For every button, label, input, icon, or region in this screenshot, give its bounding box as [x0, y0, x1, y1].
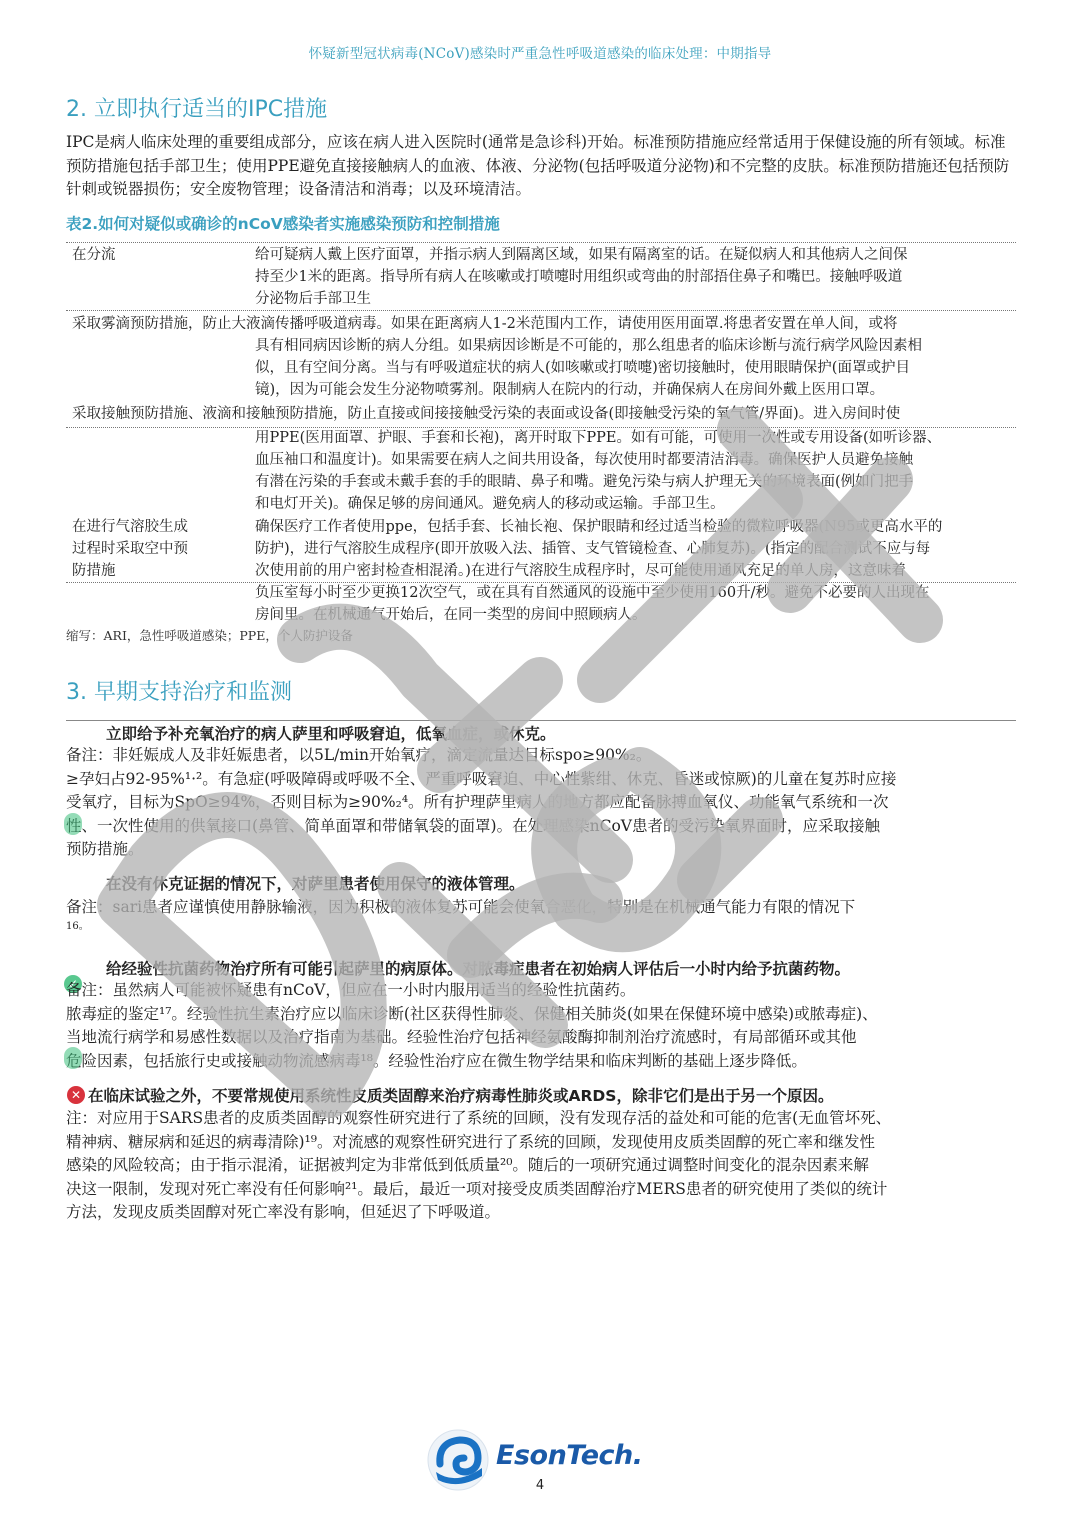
highlight-marker	[64, 813, 82, 835]
table-row-2-line-1: 采取雾滴预防措施，防止大液滴传播呼吸道病毒。如果在距离病人1-2米范围内工作，请…	[72, 313, 1017, 335]
note-line: 当地流行病学和易感性数据以及治疗指南为基础。经验性治疗包括神经氨酸酶抑制剂治疗流…	[66, 1026, 1021, 1050]
note-line: 方法，发现皮质类固醇对死亡率没有影响，但延迟了下呼吸道。	[66, 1201, 1021, 1225]
recommendation-fluid: 在没有休克证据的情况下，对萨里患者使用保守的液体管理。	[106, 872, 525, 894]
note-line: 备注：虽然病人可能被怀疑患有nCoV，但应在一小时内服用适当的经验性抗菌药。	[66, 979, 1021, 1003]
table-row-1-label: 在分流	[72, 244, 247, 266]
note-line: 备注：sari患者应谨慎使用静脉输液，因为积极的液体复苏可能会使氧合恶化，特别是…	[66, 896, 1021, 920]
table-line: 给可疑病人戴上医疗面罩，并指示病人到隔离区域，如果有隔离室的话。在疑似病人和其他…	[255, 244, 1015, 266]
note-line: 16。	[66, 920, 1021, 934]
highlight-marker	[64, 1047, 82, 1069]
running-header: 怀疑新型冠状病毒(NCoV)感染时严重急性呼吸道感染的临床处理：中期指导	[0, 42, 1080, 62]
table-line: 有潜在污染的手套或未戴手套的手的眼睛、鼻子和嘴。避免污染与病人护理无关的环境表面…	[255, 471, 1015, 493]
table-line: 次使用前的用户密封检查相混淆。)在进行气溶胶生成程序时，尽可能使用通风充足的单人…	[255, 560, 1015, 582]
note-line: 决这一限制，发现对死亡率没有任何影响²¹。最后，最近一项对接受皮质类固醇治疗ME…	[66, 1178, 1021, 1202]
note-line: 危险因素，包括旅行史或接触动物流感病毒¹⁸。经验性治疗应在微生物学结果和临床判断…	[66, 1050, 1021, 1074]
section-3-title: 3. 早期支持治疗和监测	[66, 675, 292, 706]
note-antimicrobial: 备注：虽然病人可能被怀疑患有nCoV，但应在一小时内服用适当的经验性抗菌药。 脓…	[66, 979, 1021, 1073]
note-line: 注：对应用于SARS患者的皮质类固醇的观察性研究进行了系统的回顾，没有发现存活的…	[66, 1107, 1021, 1131]
section-rule	[66, 720, 1016, 721]
recommendation-corticosteroids: 在临床试验之外，不要常规使用系统性皮质类固醇来治疗病毒性肺炎或ARDS，除非它们…	[88, 1084, 833, 1106]
note-line: 性、一次性使用的供氧接口(鼻管、简单面罩和带储氧袋的面罩)。在处理感染nCoV患…	[66, 815, 1021, 839]
table-line: 用PPE(医用面罩、护眼、手套和长袍)，离开时取下PPE。如有可能，可使用一次性…	[255, 427, 1015, 449]
table-row-3-body: 用PPE(医用面罩、护眼、手套和长袍)，离开时取下PPE。如有可能，可使用一次性…	[255, 427, 1015, 515]
recommendation-oxygen: 立即给予补充氧治疗的病人萨里和呼吸窘迫，低氧血症，或休克。	[106, 722, 556, 744]
note-line: 精神病、糖尿病和延迟的病毒清除)¹⁹。对流感的观察性研究进行了系统的回顾，发现使…	[66, 1131, 1021, 1155]
note-line: 感染的风险较高；由于指示混淆，证据被判定为非常低到低质量²⁰。随后的一项研究通过…	[66, 1154, 1021, 1178]
note-line: 脓毒症的鉴定¹⁷。经验性抗生素治疗应以临床诊断(社区获得性肺炎、保健相关肺炎(如…	[66, 1003, 1021, 1027]
table-line: 负压室每小时至少更换12次空气，或在具有自然通风的设施中至少使用160升/秒。避…	[255, 582, 1015, 604]
table-line: 确保医疗工作者使用ppe，包括手套、长袖长袍、保护眼睛和经过适当检验的微粒呼吸器…	[255, 516, 1015, 538]
table-row-4-label: 在进行气溶胶生成 过程时采取空中预 防措施	[72, 516, 247, 582]
page-number: 4	[0, 1478, 1080, 1493]
table-line: 和电灯开关)。确保足够的房间通风。避免病人的移动或运输。手部卫生。	[255, 493, 1015, 515]
note-line: 备注：非妊娠成人及非妊娠患者，以5L/min开始氧疗，滴定流量达目标spo≥90…	[66, 744, 1021, 768]
table-line: 持至少1米的距离。指导所有病人在咳嗽或打喷嚏时用组织或弯曲的肘部捂住鼻子和嘴巴。…	[255, 266, 1015, 288]
table-abbreviations: 缩写：ARI，急性呼吸道感染；PPE，个人防护设备	[66, 626, 353, 644]
section-2-title: 2. 立即执行适当的IPC措施	[66, 92, 327, 123]
table-line: 分泌物后手部卫生	[255, 288, 1015, 310]
recommendation-antimicrobial: 给经验性抗菌药物治疗所有可能引起萨里的病原体。对脓毒症患者在初始病人评估后一小时…	[106, 957, 850, 979]
table-row-4-body: 确保医疗工作者使用ppe，包括手套、长袖长袍、保护眼睛和经过适当检验的微粒呼吸器…	[255, 516, 1015, 626]
table-2-caption: 表2.如何对疑似或确诊的nCoV感染者实施感染预防和控制措施	[66, 212, 500, 234]
table-line: 镜)，因为可能会发生分泌物喷雾剂。限制病人在院内的行动，并确保病人在房间外戴上医…	[255, 379, 1015, 401]
x-icon: ✕	[67, 1086, 85, 1104]
table-line: 防护)，进行气溶胶生成程序(即开放吸入法、插管、支气管镜检查、心肺复苏)。(指定…	[255, 538, 1015, 560]
section-2-intro: IPC是病人临床处理的重要组成部分，应该在病人进入医院时(通常是急诊科)开始。标…	[66, 131, 1016, 202]
table-label-line: 过程时采取空中预	[72, 538, 247, 560]
table-rule	[66, 242, 1016, 243]
table-row-1-body: 给可疑病人戴上医疗面罩，并指示病人到隔离区域，如果有隔离室的话。在疑似病人和其他…	[255, 244, 1015, 310]
table-line: 具有相同病因诊断的病人分组。如果病因诊断是不可能的，那么组患者的临床诊断与流行病…	[255, 335, 1015, 357]
note-fluid: 备注：sari患者应谨慎使用静脉输液，因为积极的液体复苏可能会使氧合恶化，特别是…	[66, 896, 1021, 934]
table-label-line: 防措施	[72, 560, 247, 582]
table-line: 血压袖口和温度计)。如果需要在病人之间共用设备，每次使用时都要清洁消毒。确保医护…	[255, 449, 1015, 471]
table-rule	[66, 582, 1016, 583]
note-corticosteroids: 注：对应用于SARS患者的皮质类固醇的观察性研究进行了系统的回顾，没有发现存活的…	[66, 1107, 1021, 1225]
table-label-line: 在进行气溶胶生成	[72, 516, 247, 538]
note-line: 预防措施。	[66, 838, 1021, 862]
note-line: 受氧疗，目标为SpO≥94%，否则目标为≥90%₂⁴。所有护理萨里病人的地方都应…	[66, 791, 1021, 815]
note-oxygen: 备注：非妊娠成人及非妊娠患者，以5L/min开始氧疗，滴定流量达目标spo≥90…	[66, 744, 1021, 862]
table-row-2-body: 具有相同病因诊断的病人分组。如果病因诊断是不可能的，那么组患者的临床诊断与流行病…	[255, 335, 1015, 401]
document-page: 怀疑新型冠状病毒(NCoV)感染时严重急性呼吸道感染的临床处理：中期指导 2. …	[0, 0, 1080, 1527]
note-line: ≥孕妇占92-95%¹·²。有急症(呼吸障碍或呼吸不全、严重呼吸窘迫、中心性紫绀…	[66, 768, 1021, 792]
table-line: 似，且有空间分离。当与有呼吸道症状的病人(如咳嗽或打喷嚏)密切接触时，使用眼睛保…	[255, 357, 1015, 379]
logo-text: EsonTech.	[496, 1440, 643, 1471]
table-line: 房间里。在机械通气开始后，在同一类型的房间中照顾病人。	[255, 604, 1015, 626]
table-rule	[66, 310, 1016, 311]
table-row-3-line-1: 采取接触预防措施、液滴和接触预防措施，防止直接或间接接触受污染的表面或设备(即接…	[72, 403, 1017, 425]
